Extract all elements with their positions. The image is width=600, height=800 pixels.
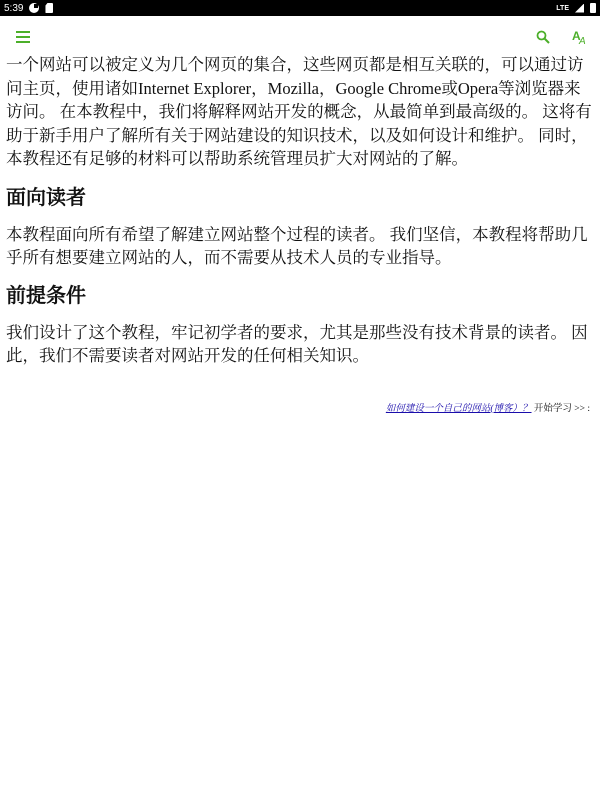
battery-icon: [590, 3, 596, 13]
next-lesson-link[interactable]: 如何建设一个自己的网站(博客）？: [386, 404, 532, 414]
search-icon[interactable]: [536, 30, 550, 44]
network-type: LTE: [556, 5, 569, 12]
next-lesson-nav: 如何建设一个自己的网站(博客）？ 开始学习 >> :: [386, 400, 590, 414]
data-saver-icon: [29, 3, 39, 13]
section-heading-audience: 面向读者: [6, 185, 594, 211]
signal-icon: [575, 4, 584, 13]
font-size-icon[interactable]: A A: [572, 29, 588, 45]
app-toolbar: A A: [0, 16, 600, 58]
svg-text:A: A: [578, 36, 586, 45]
hamburger-menu-icon[interactable]: [14, 30, 32, 44]
section-heading-prerequisites: 前提条件: [6, 283, 594, 309]
audience-paragraph: 本教程面向所有希望了解建立网站整个过程的读者。 我们坚信，本教程将帮助几乎所有想…: [6, 223, 594, 270]
intro-paragraph: 一个网站可以被定义为几个网页的集合，这些网页都是相互关联的，可以通过访问主页，使…: [6, 53, 594, 171]
status-time: 5:39: [4, 3, 23, 14]
article-content: 一个网站可以被定义为几个网页的集合，这些网页都是相互关联的，可以通过访问主页，使…: [0, 53, 600, 368]
status-bar: 5:39 LTE: [0, 0, 600, 16]
next-lesson-suffix: 开始学习 >> :: [532, 404, 590, 414]
sd-card-icon: [45, 3, 53, 13]
prerequisites-paragraph: 我们设计了这个教程，牢记初学者的要求，尤其是那些没有技术背景的读者。 因此，我们…: [6, 321, 594, 368]
